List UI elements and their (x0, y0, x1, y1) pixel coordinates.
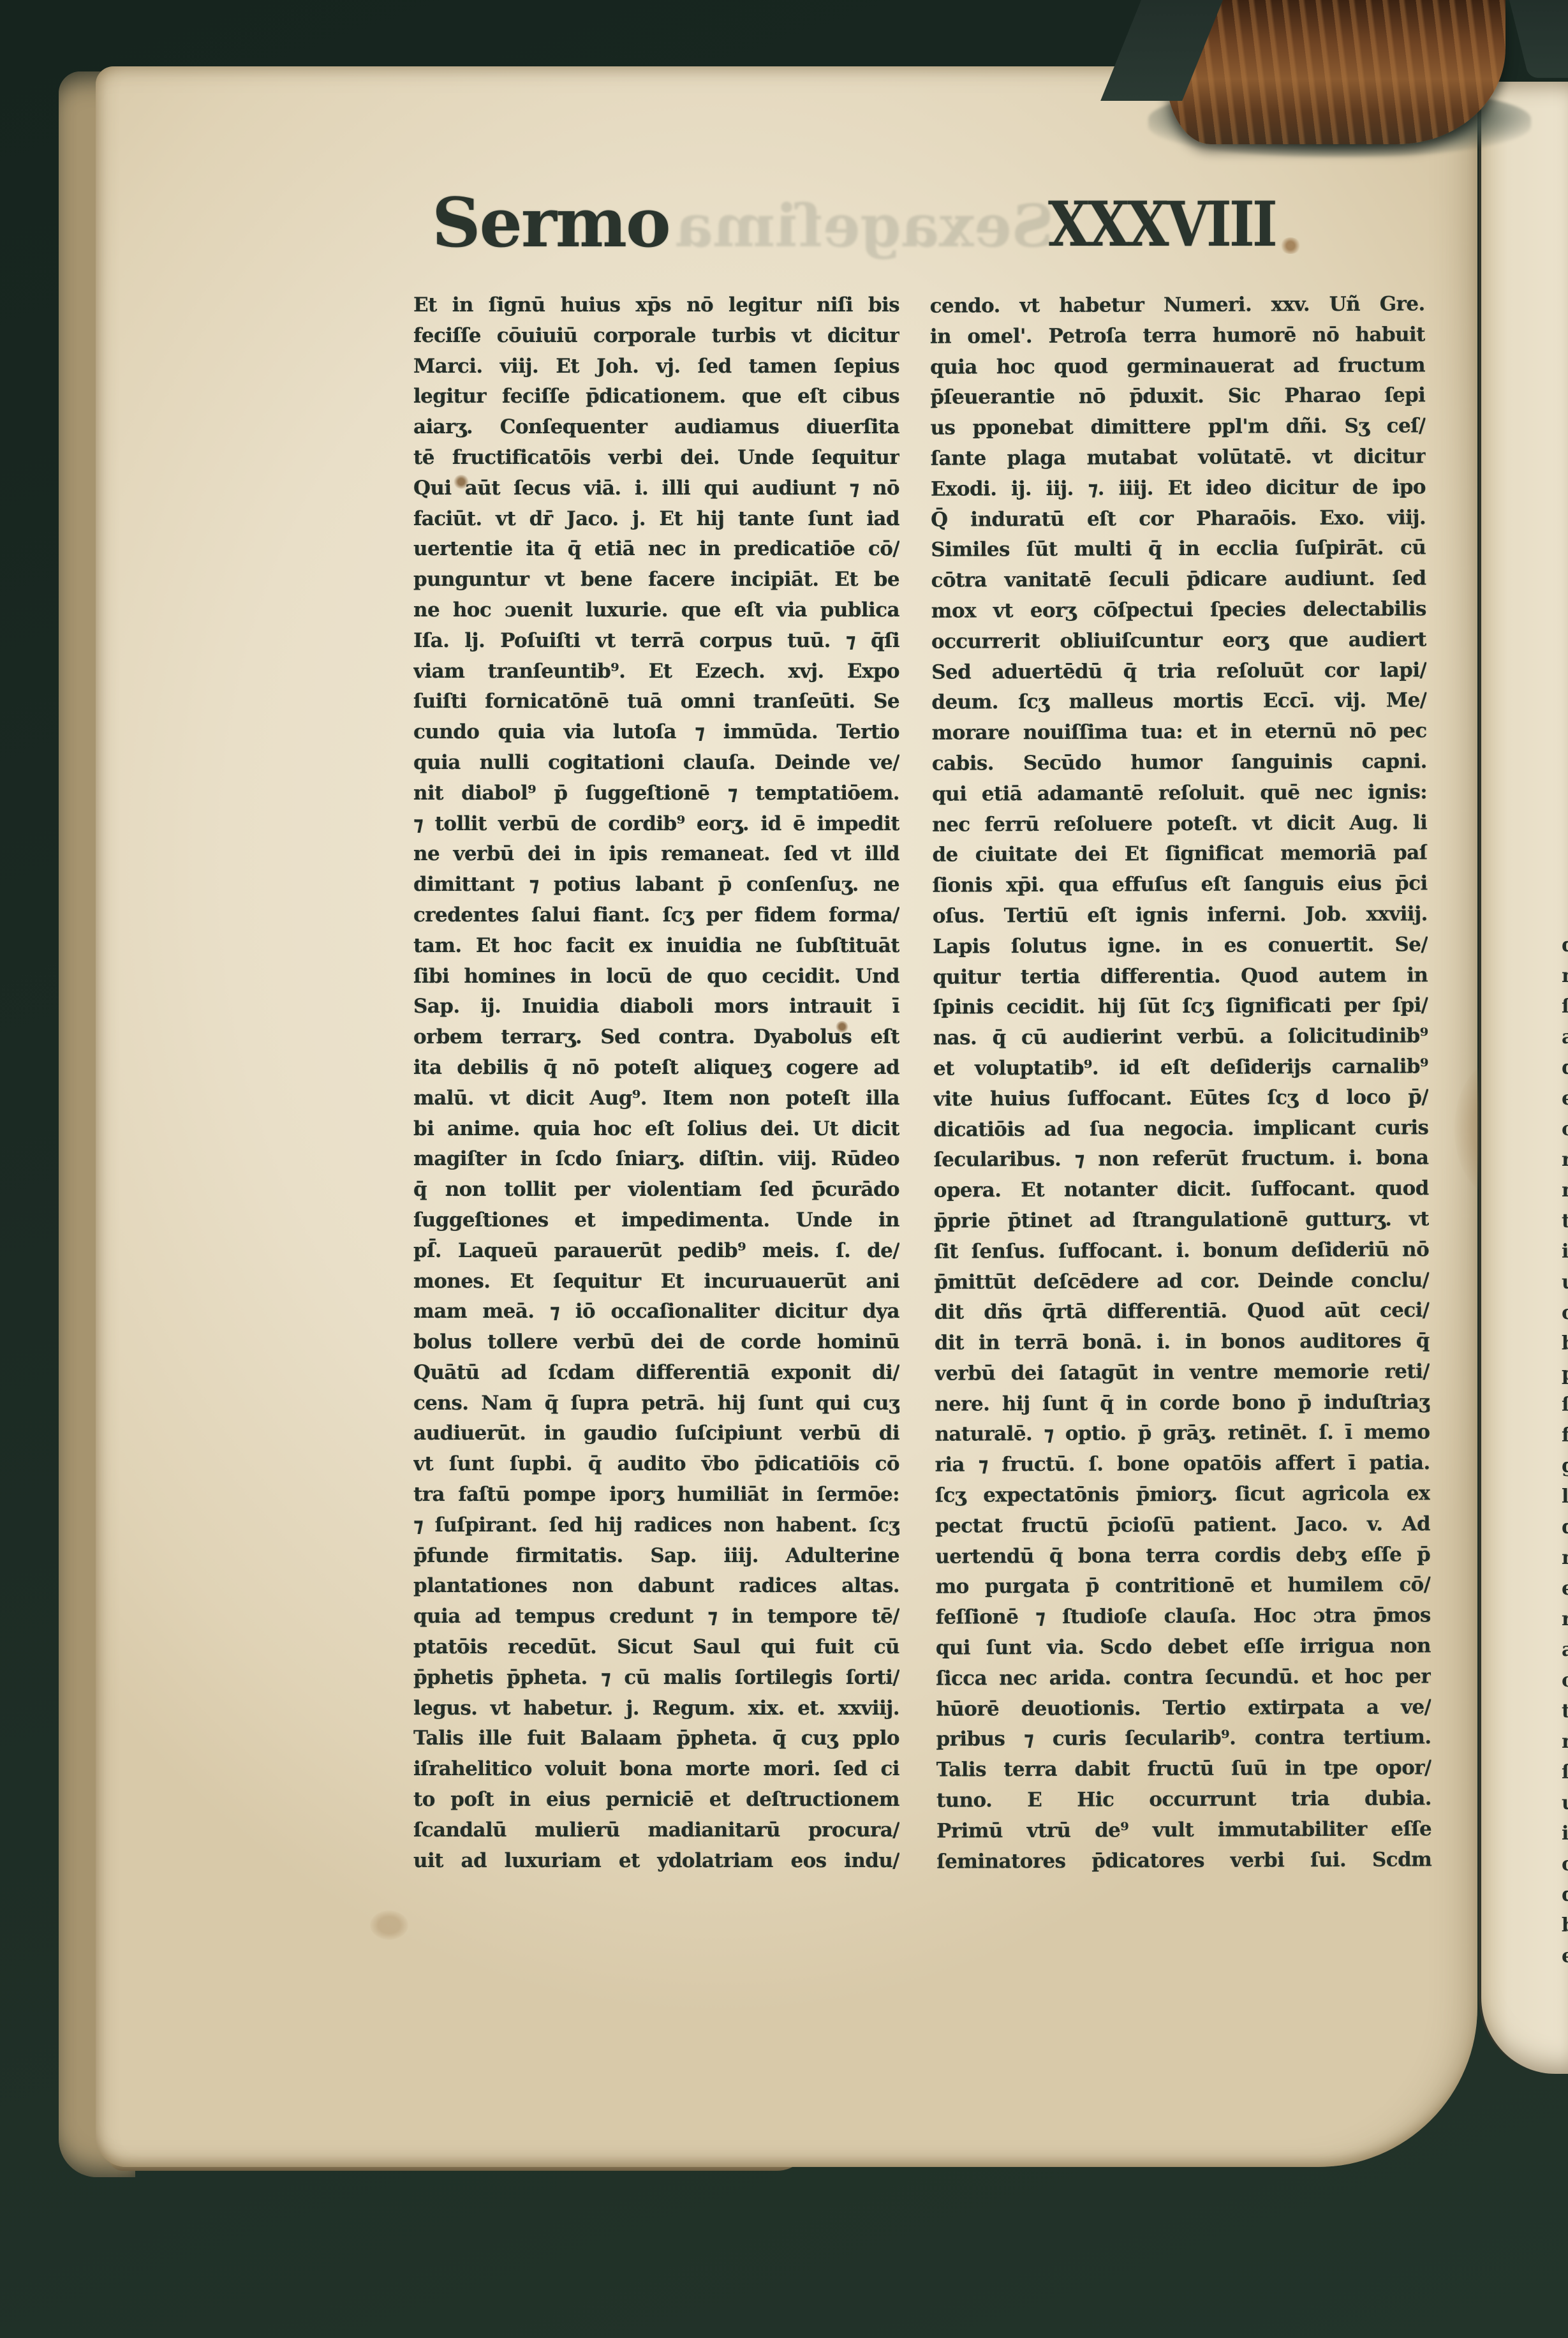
text-line: Iſa. lj. Poſuiſti vt terrā corpus tuū. ⁊… (413, 626, 899, 657)
text-line: pectat fructū p̄cioſū patient. Jaco. v. … (935, 1509, 1430, 1542)
text-line: ria ⁊ fructū. ſ. bone opatōis affert ī p… (935, 1448, 1430, 1481)
text-line: ſcʒ expectatōnis p̄miorʒ. ſicut agricola… (935, 1478, 1430, 1511)
text-line: ſpinis cecidit. hij ſūt ſcʒ ſignificati … (933, 991, 1428, 1024)
text-line: viam tranſeuntib⁹. Et Ezech. xvj. Expo (413, 657, 899, 687)
text-line: ne verbū dei in ipis remaneat. ſed vt il… (413, 839, 899, 870)
text-line: mo purgata p̄ contritionē et humilem cō/ (935, 1570, 1430, 1603)
text-line: ſante plaga mutabat volūtatē. vt dicitur (931, 442, 1426, 474)
text-line: tra faſtū pompe iporʒ humiliāt in ſermōe… (413, 1480, 899, 1510)
text-line: et voluptatib⁹. id eſt deſiderijs carnal… (933, 1052, 1428, 1084)
text-line: ſecularibus. ⁊ non referūt fructum. i. b… (933, 1143, 1428, 1176)
text-line: nere. hij ſunt q̄ in corde bono p̄ induſ… (935, 1387, 1430, 1420)
text-line: p̄phetis p̄pheta. ⁊ cū malis ſortilegis … (413, 1663, 899, 1694)
text-line: tuno. E Hic occurrunt tria dubia. (936, 1783, 1431, 1816)
text-line: uertendū q̄ bona terra cordis debʒ eſſe … (935, 1540, 1430, 1572)
text-line: cundo quia via lutoſa ⁊ immūda. Tertio (413, 717, 899, 748)
leather-spine (1166, 0, 1505, 144)
text-line: dit in terrā bonā. i. in bonos auditores… (935, 1326, 1430, 1359)
text-line: uit ad luxuriam et ydolatriam eos indu/ (413, 1846, 899, 1877)
text-line: ſcandalū mulierū madianitarū procura/ (413, 1815, 899, 1846)
paper-stain (370, 1910, 408, 1940)
text-line: ne hoc ɔuenit luxurie. que eſt via publi… (413, 595, 899, 626)
text-line: ⁊ ſuſpirant. ſed hij radices non habent.… (413, 1510, 899, 1541)
text-line: nit diabol⁹ p̄ ſuggeſtionē ⁊ temptatiōem… (413, 778, 899, 809)
text-line: Quātū ad ſcdam differentiā exponit di/ (413, 1358, 899, 1389)
text-line: cens. Nam q̄ ſupra petrā. hij ſunt qui c… (413, 1389, 899, 1419)
text-line: quia nulli cogitationi clauſa. Deinde ve… (413, 748, 899, 778)
text-line: orbem terrarʒ. Sed contra. Dyabolus eſt (413, 1022, 899, 1053)
text-line: audiuerūt. in gaudio ſuſcipiunt verbū di (413, 1418, 899, 1449)
text-line: naturalē. ⁊ optio. p̄ grāʒ. retinēt. ſ. … (935, 1418, 1430, 1450)
text-column-right: cendo. vt habetur Numeri. xxv. Uñ Gre.in… (930, 289, 1432, 1877)
text-line: Q̄ induratū eſt cor Pharaōis. Exo. viij. (931, 503, 1426, 535)
text-line: Primū vtrū de⁹ vult immutabiliter eſſe (936, 1814, 1431, 1847)
text-line: malū. vt dicit Aug⁹. Item non poteſt ill… (413, 1083, 899, 1114)
text-line: vite huius ſuffocant. Eūtes ſcʒ d loco p… (933, 1082, 1428, 1115)
book-page: Sexageſima Sermo XXXVIII Et in ſignū hui… (96, 66, 1477, 2167)
text-line: Marci. viij. Et Joh. vj. ſed tamen ſepiu… (413, 352, 899, 382)
text-line: ſionis xp̄i. qua effuſus eſt ſanguis eiu… (933, 868, 1428, 901)
text-line: plantationes non dabunt radices altas. (413, 1571, 899, 1602)
text-line: Et in ſignū huius xp̄s nō legitur niſi b… (413, 290, 899, 321)
showthrough-ghost-text: Sexageſima (722, 191, 1054, 260)
text-line: dicatiōis ad ſua negocia. implicant curi… (933, 1113, 1428, 1145)
text-line: bi anime. quia hoc eſt ſolius dei. Ut di… (413, 1114, 899, 1145)
text-column-left: Et in ſignū huius xp̄s nō legitur niſi b… (413, 290, 899, 1876)
text-line: qui etiā adamantē reſoluit. quē nec igni… (932, 777, 1427, 810)
text-line: Exodi. ij. iij. ⁊. iiij. Et ideo dicitur… (931, 472, 1426, 505)
text-line: ita debilis q̄ nō poteſt aliqueʒ cogere … (413, 1053, 899, 1083)
text-line: ſuggeſtiones et impedimenta. Unde in (413, 1205, 899, 1236)
text-line: pſ̄. Laqueū parauerūt pedib⁹ meis. ſ. de… (413, 1236, 899, 1267)
text-line: aiarʒ. Conſequenter audiamus diuerſita (413, 412, 899, 443)
text-line: credentes ſalui fiant. ſcʒ per fidem for… (413, 900, 899, 931)
text-line: bolus tollere verbū dei de corde hominū (413, 1327, 899, 1358)
text-line: Qui aūt ſecus viā. i. illi qui audiunt ⁊… (413, 473, 899, 504)
text-line: p̄mittūt deſcēdere ad cor. Deinde conclu… (934, 1265, 1429, 1298)
clipped-text-fragments: dmſaqeorntiucbpſfgldmeraotnſuicqbe (1562, 930, 1568, 1964)
text-line: verbū dei ſatagūt in ventre memorie reti… (935, 1357, 1430, 1389)
text-line: opera. Et notanter dicit. ſuffocant. quo… (934, 1173, 1429, 1206)
text-line: de ciuitate dei Et ſignificat memoriā pa… (932, 838, 1427, 871)
text-line: ſit ſenſus. ſuffocant. i. bonum deſideri… (934, 1235, 1429, 1267)
text-line: uertentie ita q̄ etiā nec in predicatiōe… (413, 534, 899, 565)
text-line: Sed aduertēdū q̄ tria reſoluūt cor lapi/ (931, 655, 1426, 688)
text-line: ptatōis recedūt. Sicut Saul qui fuit cū (413, 1632, 899, 1663)
text-line: dimittant ⁊ potius labant p̄ conſenſuʒ. … (413, 870, 899, 900)
text-line: Lapis ſolutus igne. in es conuertit. Se/ (933, 930, 1428, 962)
text-line: mox vt eorʒ cōſpectui ſpecies delectabil… (931, 594, 1426, 627)
text-line: cōtra vanitatē ſeculi p̄dicare audiunt. … (931, 563, 1426, 596)
text-line: hūorē deuotionis. Tertio extirpata a ve/ (936, 1692, 1431, 1725)
photograph-background: Sexageſima Sermo XXXVIII Et in ſignū hui… (0, 0, 1568, 2338)
text-line: p̄funde firmitatis. Sap. iiij. Adulterin… (413, 1541, 899, 1572)
text-line: ſuiſti fornicatōnē tuā omni tranſeūti. S… (413, 687, 899, 717)
text-line: q̄ non tollit per violentiam ſed p̄curād… (413, 1175, 899, 1205)
text-line: Sap. ij. Inuidia diaboli mors intrauit ī (413, 992, 899, 1022)
text-line: quia ad tempus credunt ⁊ in tempore tē/ (413, 1602, 899, 1632)
text-line: p̄ſeuerantie nō p̄duxit. Sic Pharao ſepi (930, 381, 1425, 413)
text-line: Talis terra dabit fructū ſuū in tpe opor… (936, 1753, 1431, 1786)
text-line: us pponebat dimittere ppl'm dñi. Sʒ ceſ/ (930, 412, 1425, 444)
text-line: pribus ⁊ curis ſecularib⁹. contra tertiu… (936, 1723, 1431, 1755)
sermon-number: XXXVIII (1048, 194, 1275, 255)
text-line: ſeminatores p̄dicatores verbi ſui. Scdm (936, 1845, 1431, 1877)
text-line: tē fructificatōis verbi dei. Unde ſequit… (413, 443, 899, 473)
text-line: legus. vt habetur. j. Regum. xix. et. xx… (413, 1694, 899, 1724)
text-line: quitur tertia differentia. Quod autem in (933, 960, 1428, 993)
paper-stain (1280, 237, 1301, 254)
text-line: legitur feciſſe p̄dicationem. que eſt ci… (413, 382, 899, 412)
text-line: nec ferrū reſoluere poteſt. vt dicit Aug… (932, 808, 1427, 840)
text-line: tam. Et hoc facit ex inuidia ne ſubſtitu… (413, 931, 899, 962)
text-line: cabis. Secūdo humor ſanguinis capni. (932, 747, 1427, 779)
text-line: ſibi homines in locū de quo cecidit. Und (413, 962, 899, 992)
text-line: vt ſunt ſupbi. q̄ audito v̄bo p̄dicatiōi… (413, 1449, 899, 1480)
text-line: morare nouiſſima tua: et in eternū nō pe… (932, 716, 1427, 748)
running-title: Sermo (432, 189, 670, 257)
text-line: Talis ille fuit Balaam p̄pheta. q̄ cuʒ p… (413, 1724, 899, 1754)
text-line: p̄prie p̄tinet ad ſtrangulationē gutturʒ… (934, 1204, 1429, 1237)
text-line: mones. Et ſequitur Et incuruauerūt ani (413, 1267, 899, 1297)
text-line: deum. ſcʒ malleus mortis Eccī. vij. Me/ (931, 686, 1426, 719)
text-line: to poſt in eius perniciē et deſtructione… (413, 1785, 899, 1815)
text-line: mam meā. ⁊ iō occaſionaliter dicitur dya (413, 1297, 899, 1327)
text-line: magiſter in ſcdo ſniarʒ. diſtin. viij. R… (413, 1144, 899, 1175)
text-line: iſrahelitico voluit bona morte mori. ſed… (413, 1754, 899, 1785)
text-line: feciſſe cōuiuiū corporale turbis vt dici… (413, 321, 899, 352)
text-line: feſſionē ⁊ ſtudioſe clauſa. Hoc ɔtra p̄m… (936, 1601, 1431, 1634)
facing-page-gutter-edge: dmſaqeorntiucbpſfgldmeraotnſuicqbe (1479, 82, 1568, 2074)
text-line: nas. q̄ cū audierint verbū. a ſolicitudi… (933, 1021, 1428, 1054)
text-line: dit dñs q̄rtā differentiā. Quod aūt ceci… (934, 1296, 1429, 1329)
text-line: cendo. vt habetur Numeri. xxv. Uñ Gre. (930, 289, 1425, 322)
text-line: Similes ſūt multi q̄ in ecclia ſuſpirāt.… (931, 533, 1426, 566)
text-line: occurrerit obliuiſcuntur eorʒ que audier… (931, 625, 1426, 657)
text-line: ſicca nec arida. contra ſecundū. et hoc … (936, 1662, 1431, 1694)
text-line: punguntur vt bene facere incipiāt. Et be (413, 565, 899, 595)
text-line: in omel'. Petroſa terra humorē nō habuit (930, 320, 1425, 352)
text-line: faciūt. vt dr̄ Jaco. j. Et hij tante ſun… (413, 504, 899, 535)
text-line: qui ſunt via. Scdo debet eſſe irrigua no… (936, 1631, 1431, 1664)
text-line: quia hoc quod germinauerat ad fructum (930, 350, 1425, 383)
text-line: oſus. Tertiū eſt ignis inferni. Job. xxv… (933, 899, 1428, 932)
binding-strap-right (1509, 0, 1568, 78)
text-line: ⁊ tollit verbū de cordib⁹ eorʒ. id ē imp… (413, 809, 899, 840)
